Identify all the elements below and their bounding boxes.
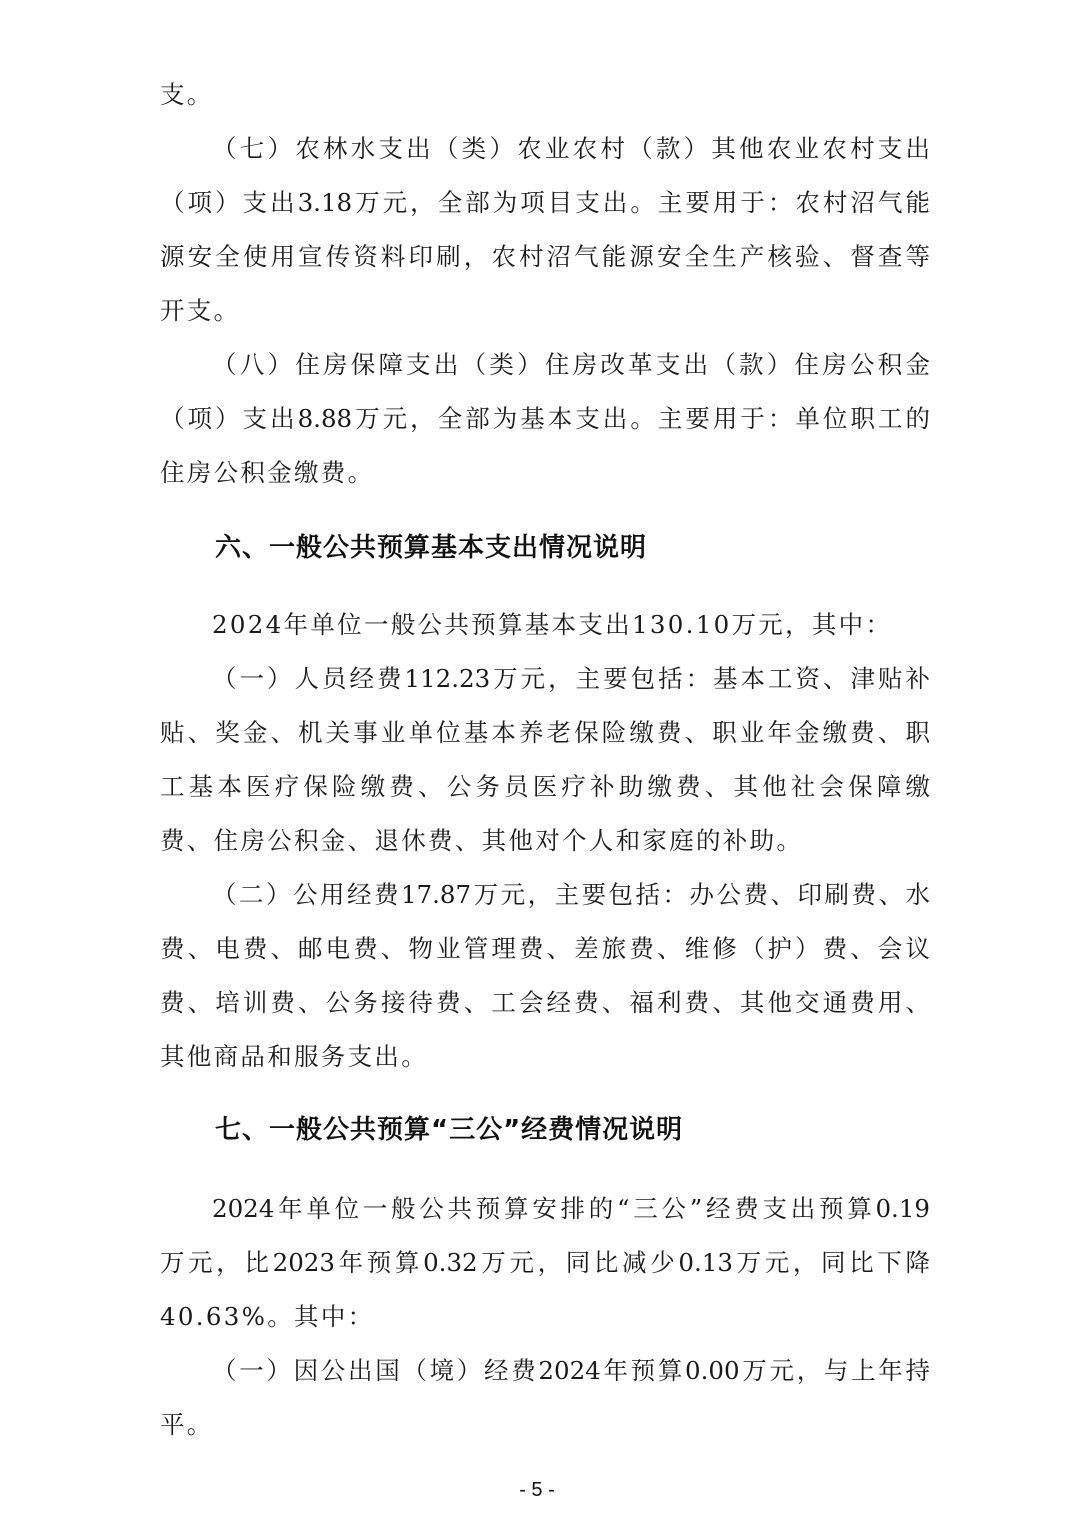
- page-number: - 5 -: [0, 1478, 1074, 1502]
- paragraph-line: 贴、奖金、机关事业单位基本养老保险缴费、职业年金缴费、职: [160, 718, 930, 748]
- paragraph-line: 平。: [160, 1410, 930, 1440]
- paragraph-line: （一）人员经费112.23万元，主要包括：基本工资、津贴补: [212, 664, 930, 694]
- paragraph-line: 费、培训费、公务接待费、工会经费、福利费、其他交通费用、: [160, 988, 930, 1018]
- paragraph-line: 工基本医疗保险缴费、公务员医疗补助缴费、其他社会保障缴: [160, 772, 930, 802]
- paragraph-line: 40.63%。其中：: [160, 1302, 930, 1332]
- paragraph-line: 住房公积金缴费。: [160, 458, 930, 488]
- paragraph-line: （项）支出8.88万元，全部为基本支出。主要用于：单位职工的: [160, 404, 930, 434]
- paragraph-line: 2024年单位一般公共预算安排的“三公”经费支出预算0.19: [212, 1194, 930, 1224]
- paragraph-line: （项）支出3.18万元，全部为项目支出。主要用于：农村沼气能: [160, 188, 930, 218]
- paragraph-line: 其他商品和服务支出。: [160, 1042, 930, 1072]
- paragraph-line: 开支。: [160, 296, 930, 326]
- paragraph-line: （二）公用经费17.87万元，主要包括：办公费、印刷费、水: [212, 880, 930, 910]
- section-heading-three-public-expenses: 七、一般公共预算“三公”经费情况说明: [215, 1114, 683, 1146]
- paragraph-line: 2024年单位一般公共预算基本支出130.10万元，其中：: [212, 610, 930, 640]
- paragraph-line: （八）住房保障支出（类）住房改革支出（款）住房公积金: [212, 350, 930, 380]
- section-heading-basic-expenditure: 六、一般公共预算基本支出情况说明: [215, 532, 647, 564]
- paragraph-line: 支。: [160, 80, 930, 110]
- document-page: 支。 （七）农林水支出（类）农业农村（款）其他农业农村支出 （项）支出3.18万…: [0, 0, 1074, 1520]
- paragraph-line: 万元，比2023年预算0.32万元，同比减少0.13万元，同比下降: [160, 1248, 930, 1278]
- paragraph-line: （七）农林水支出（类）农业农村（款）其他农业农村支出: [212, 134, 930, 164]
- paragraph-line: 费、住房公积金、退休费、其他对个人和家庭的补助。: [160, 826, 930, 856]
- paragraph-line: 费、电费、邮电费、物业管理费、差旅费、维修（护）费、会议: [160, 934, 930, 964]
- paragraph-line: （一）因公出国（境）经费2024年预算0.00万元，与上年持: [212, 1356, 930, 1386]
- paragraph-line: 源安全使用宣传资料印刷，农村沼气能源安全生产核验、督查等: [160, 242, 930, 272]
